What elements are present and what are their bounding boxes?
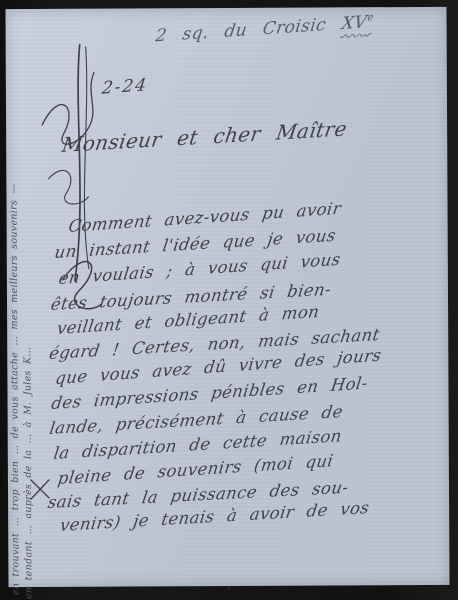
address-line: 2 sq. du Croisic XVe bbox=[154, 12, 375, 47]
address-text: 2 sq. du Croisic bbox=[154, 15, 327, 47]
marginalia-outer: en trouvant … trop bien … de vous attach… bbox=[8, 30, 22, 595]
archive-number: 2-24 bbox=[101, 75, 150, 99]
scan-background: 2 sq. du Croisic XVe 2-24 Monsieur et ch… bbox=[0, 0, 458, 600]
marginalia-inner: en tendant … auprès de la … à M. Jules K… bbox=[21, 34, 35, 599]
letter-paper: 2 sq. du Croisic XVe 2-24 Monsieur et ch… bbox=[5, 7, 449, 587]
arrondissement-text: XVe bbox=[340, 12, 374, 34]
